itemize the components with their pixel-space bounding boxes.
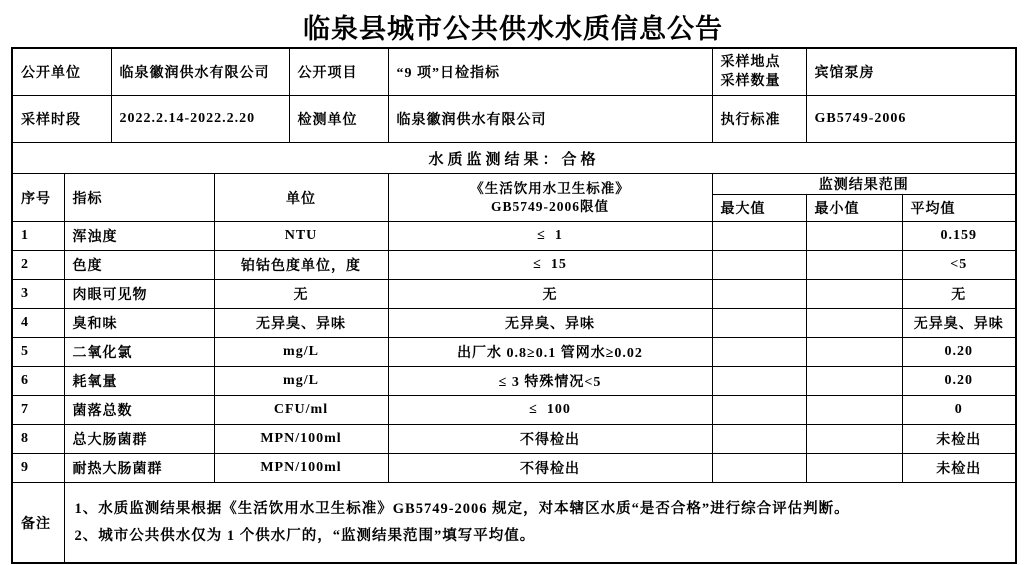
open-unit-label: 公开单位: [13, 49, 111, 96]
cell-avg: <5: [902, 251, 1015, 280]
cell-indicator: 耗氧量: [64, 367, 214, 396]
cell-min: [806, 222, 902, 251]
info-row-1: 公开单位 临泉徽润供水有限公司 公开项目 “9 项”日检指标 采样地点 采样数量…: [13, 49, 1015, 96]
cell-unit: 无: [214, 280, 388, 309]
cell-min: [806, 309, 902, 338]
cell-seq: 8: [13, 425, 64, 454]
col-header-max: 最大值: [712, 195, 806, 222]
remarks-row: 备注 1、水质监测结果根据《生活饮用水卫生标准》GB5749-2006 规定，对…: [13, 483, 1015, 563]
open-unit-value: 临泉徽润供水有限公司: [111, 49, 289, 96]
sampling-period-value: 2022.2.14-2022.2.20: [111, 96, 289, 143]
cell-limit: ≤ 100: [388, 396, 712, 425]
cell-seq: 5: [13, 338, 64, 367]
page-title: 临泉县城市公共供水水质信息公告: [0, 7, 1026, 46]
cell-seq: 2: [13, 251, 64, 280]
cell-min: [806, 454, 902, 483]
open-project-value: “9 项”日检指标: [388, 49, 712, 96]
cell-avg: 0.20: [902, 367, 1015, 396]
cell-avg: 0: [902, 396, 1015, 425]
remarks-label: 备注: [13, 483, 64, 563]
open-project-label: 公开项目: [289, 49, 388, 96]
cell-min: [806, 251, 902, 280]
results-table: 序号 指标 单位 《生活饮用水卫生标准》 GB5749-2006限值 监测结果范…: [13, 174, 1015, 562]
cell-avg: 0.20: [902, 338, 1015, 367]
cell-min: [806, 425, 902, 454]
cell-unit: mg/L: [214, 338, 388, 367]
cell-max: [712, 425, 806, 454]
cell-avg: 未检出: [902, 454, 1015, 483]
sampling-site-label: 采样地点 采样数量: [712, 49, 806, 96]
cell-min: [806, 396, 902, 425]
col-header-standard-limit: 《生活饮用水卫生标准》 GB5749-2006限值: [388, 174, 712, 222]
cell-avg: 未检出: [902, 425, 1015, 454]
cell-unit: MPN/100ml: [214, 425, 388, 454]
table-row: 1浑浊度NTU≤ 10.159: [13, 222, 1015, 251]
header-row-1: 序号 指标 单位 《生活饮用水卫生标准》 GB5749-2006限值 监测结果范…: [13, 174, 1015, 195]
col-header-range-group: 监测结果范围: [712, 174, 1015, 195]
cell-seq: 6: [13, 367, 64, 396]
cell-unit: MPN/100ml: [214, 454, 388, 483]
cell-seq: 7: [13, 396, 64, 425]
standard-label: 执行标准: [712, 96, 806, 143]
cell-indicator: 总大肠菌群: [64, 425, 214, 454]
cell-max: [712, 309, 806, 338]
cell-avg: 0.159: [902, 222, 1015, 251]
info-row-2: 采样时段 2022.2.14-2022.2.20 检测单位 临泉徽润供水有限公司…: [13, 96, 1015, 143]
table-row: 3肉眼可见物无无无: [13, 280, 1015, 309]
cell-unit: 无异臭、异味: [214, 309, 388, 338]
col-header-seq: 序号: [13, 174, 64, 222]
remarks-line1: 1、水质监测结果根据《生活饮用水卫生标准》GB5749-2006 规定，对本辖区…: [65, 496, 1016, 523]
col-header-indicator: 指标: [64, 174, 214, 222]
standard-limit-line1: 《生活饮用水卫生标准》: [389, 180, 712, 198]
testing-unit-value: 临泉徽润供水有限公司: [388, 96, 712, 143]
remarks-content: 1、水质监测结果根据《生活饮用水卫生标准》GB5749-2006 规定，对本辖区…: [64, 483, 1015, 563]
cell-avg: 无异臭、异味: [902, 309, 1015, 338]
cell-max: [712, 396, 806, 425]
cell-limit: 无异臭、异味: [388, 309, 712, 338]
cell-indicator: 臭和味: [64, 309, 214, 338]
cell-max: [712, 454, 806, 483]
standard-limit-line2: GB5749-2006限值: [389, 198, 712, 216]
cell-limit: ≤ 3 特殊情况<5: [388, 367, 712, 396]
cell-max: [712, 280, 806, 309]
cell-limit: 无: [388, 280, 712, 309]
result-banner-row: 水质监测结果：合格: [13, 143, 1015, 174]
cell-indicator: 色度: [64, 251, 214, 280]
remarks-line2: 2、城市公共供水仅为 1 个供水厂的，“监测结果范围”填写平均值。: [65, 523, 1016, 550]
table-row: 7菌落总数CFU/ml≤ 1000: [13, 396, 1015, 425]
cell-unit: 铂钴色度单位，度: [214, 251, 388, 280]
cell-max: [712, 251, 806, 280]
cell-limit: 出厂水 0.8≥0.1 管网水≥0.02: [388, 338, 712, 367]
cell-unit: NTU: [214, 222, 388, 251]
cell-min: [806, 338, 902, 367]
cell-seq: 3: [13, 280, 64, 309]
cell-max: [712, 367, 806, 396]
sampling-site-value: 宾馆泵房: [806, 49, 1015, 96]
notice-table: 公开单位 临泉徽润供水有限公司 公开项目 “9 项”日检指标 采样地点 采样数量…: [11, 47, 1017, 564]
info-section: 公开单位 临泉徽润供水有限公司 公开项目 “9 项”日检指标 采样地点 采样数量…: [13, 49, 1015, 143]
cell-seq: 1: [13, 222, 64, 251]
table-row: 9耐热大肠菌群MPN/100ml不得检出未检出: [13, 454, 1015, 483]
cell-seq: 9: [13, 454, 64, 483]
cell-limit: ≤ 15: [388, 251, 712, 280]
result-banner: 水质监测结果：合格: [13, 143, 1015, 174]
cell-limit: 不得检出: [388, 425, 712, 454]
cell-limit: 不得检出: [388, 454, 712, 483]
sampling-period-label: 采样时段: [13, 96, 111, 143]
cell-seq: 4: [13, 309, 64, 338]
col-header-unit: 单位: [214, 174, 388, 222]
standard-value: GB5749-2006: [806, 96, 1015, 143]
cell-indicator: 耐热大肠菌群: [64, 454, 214, 483]
sampling-site-label-line2: 采样数量: [721, 72, 806, 91]
col-header-avg: 平均值: [902, 195, 1015, 222]
cell-min: [806, 367, 902, 396]
cell-max: [712, 222, 806, 251]
testing-unit-label: 检测单位: [289, 96, 388, 143]
cell-avg: 无: [902, 280, 1015, 309]
cell-max: [712, 338, 806, 367]
col-header-min: 最小值: [806, 195, 902, 222]
table-row: 5二氧化氯mg/L出厂水 0.8≥0.1 管网水≥0.020.20: [13, 338, 1015, 367]
cell-unit: mg/L: [214, 367, 388, 396]
cell-indicator: 菌落总数: [64, 396, 214, 425]
table-row: 4臭和味无异臭、异味无异臭、异味无异臭、异味: [13, 309, 1015, 338]
table-row: 6耗氧量mg/L≤ 3 特殊情况<50.20: [13, 367, 1015, 396]
cell-limit: ≤ 1: [388, 222, 712, 251]
table-row: 2色度铂钴色度单位，度≤ 15<5: [13, 251, 1015, 280]
cell-indicator: 肉眼可见物: [64, 280, 214, 309]
sampling-site-label-line1: 采样地点: [721, 53, 806, 72]
cell-indicator: 二氧化氯: [64, 338, 214, 367]
cell-unit: CFU/ml: [214, 396, 388, 425]
table-row: 8总大肠菌群MPN/100ml不得检出未检出: [13, 425, 1015, 454]
cell-indicator: 浑浊度: [64, 222, 214, 251]
cell-min: [806, 280, 902, 309]
